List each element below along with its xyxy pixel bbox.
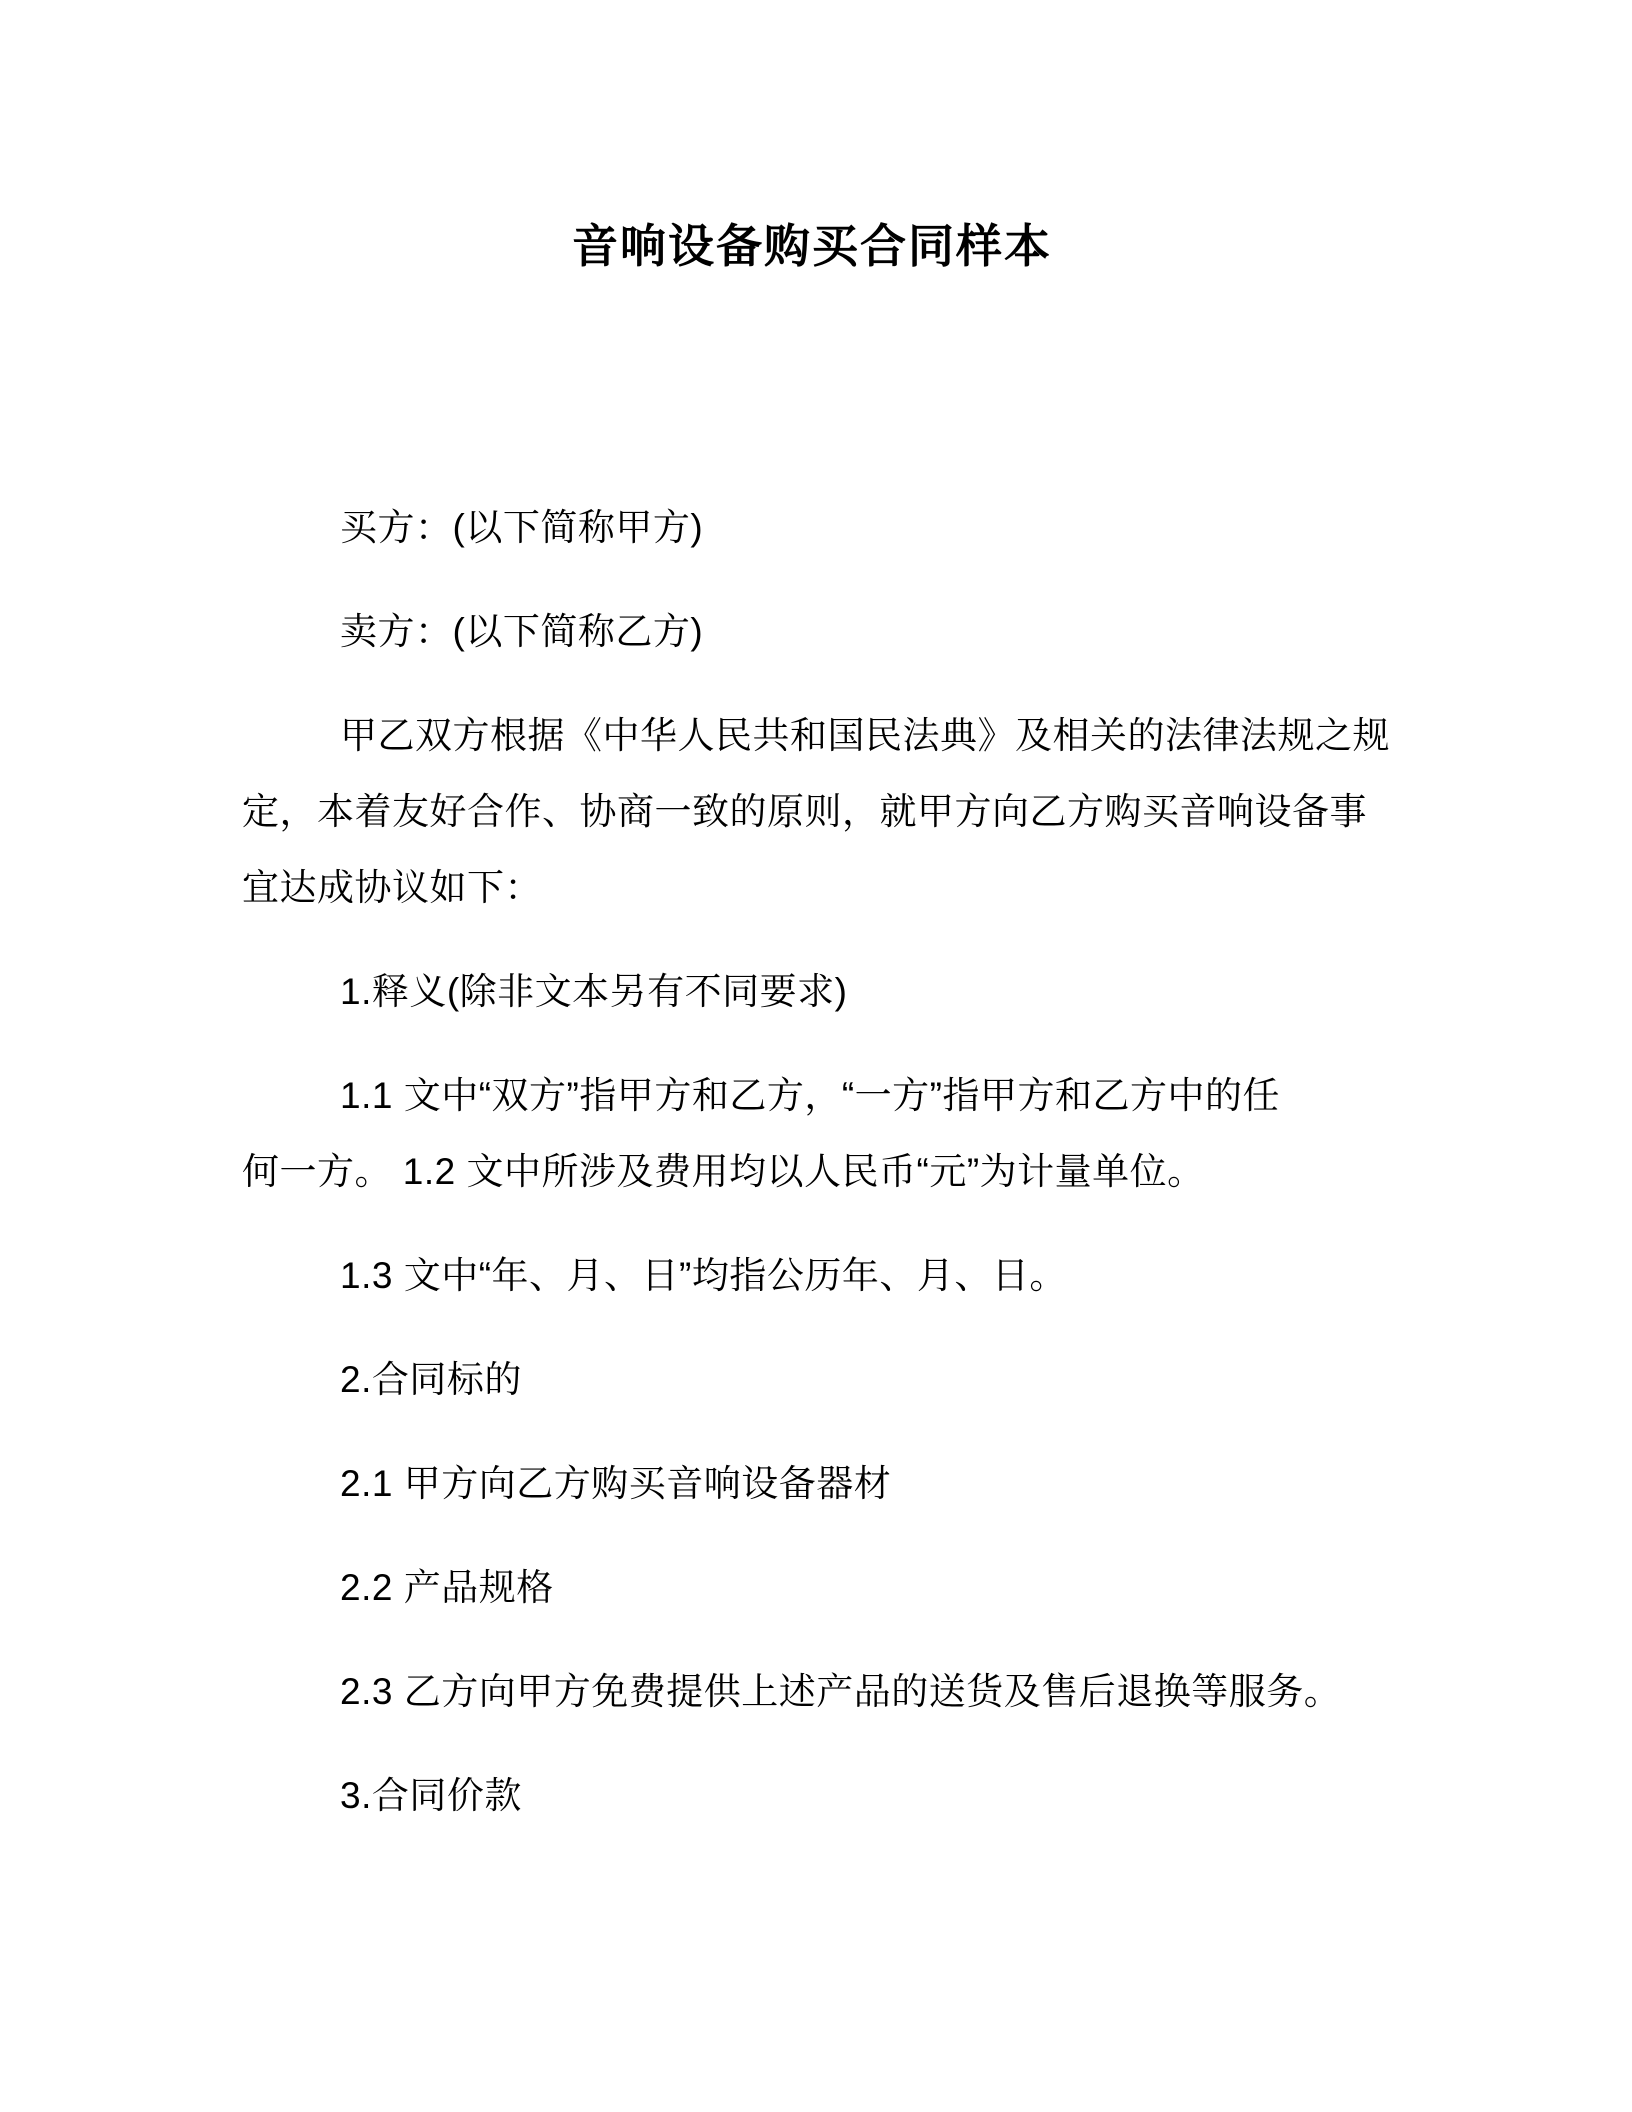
paragraph-line: 何一方。 1.2 文中所涉及费用均以人民币“元”为计量单位。	[242, 1134, 1382, 1210]
paragraph-seller: 卖方：(以下简称乙方)	[242, 594, 1382, 670]
paragraph-line: 1.1 文中“双方”指甲方和乙方，“一方”指甲方和乙方中的任	[242, 1058, 1382, 1134]
paragraph-line: 卖方：(以下简称乙方)	[242, 594, 1382, 670]
document-title: 音响设备购买合同样本	[242, 215, 1382, 277]
paragraph-line: 甲乙双方根据《中华人民共和国民法典》及相关的法律法规之规	[242, 698, 1382, 774]
paragraph-line: 1.3 文中“年、月、日”均指公历年、月、日。	[242, 1238, 1382, 1314]
paragraph-section-1-heading: 1.释义(除非文本另有不同要求)	[242, 954, 1382, 1030]
document-page: 音响设备购买合同样本 买方：(以下简称甲方) 卖方：(以下简称乙方) 甲乙双方根…	[0, 0, 1632, 2112]
paragraph-line: 2.2 产品规格	[242, 1550, 1382, 1626]
paragraph-line: 1.释义(除非文本另有不同要求)	[242, 954, 1382, 1030]
paragraph-line: 2.3 乙方向甲方免费提供上述产品的送货及售后退换等服务。	[242, 1654, 1382, 1730]
document-body: 买方：(以下简称甲方) 卖方：(以下简称乙方) 甲乙双方根据《中华人民共和国民法…	[242, 490, 1382, 1834]
paragraph-clause-2-3: 2.3 乙方向甲方免费提供上述产品的送货及售后退换等服务。	[242, 1654, 1382, 1730]
paragraph-line: 2.1 甲方向乙方购买音响设备器材	[242, 1446, 1382, 1522]
paragraph-line: 3.合同价款	[242, 1758, 1382, 1834]
paragraph-section-2-heading: 2.合同标的	[242, 1342, 1382, 1418]
paragraph-line: 买方：(以下简称甲方)	[242, 490, 1382, 566]
paragraph-preamble: 甲乙双方根据《中华人民共和国民法典》及相关的法律法规之规 定，本着友好合作、协商…	[242, 698, 1382, 926]
paragraph-clause-2-1: 2.1 甲方向乙方购买音响设备器材	[242, 1446, 1382, 1522]
paragraph-line: 2.合同标的	[242, 1342, 1382, 1418]
paragraph-clause-1-1-1-2: 1.1 文中“双方”指甲方和乙方，“一方”指甲方和乙方中的任 何一方。 1.2 …	[242, 1058, 1382, 1210]
paragraph-line: 宜达成协议如下：	[242, 850, 1382, 926]
paragraph-clause-1-3: 1.3 文中“年、月、日”均指公历年、月、日。	[242, 1238, 1382, 1314]
paragraph-line: 定，本着友好合作、协商一致的原则，就甲方向乙方购买音响设备事	[242, 774, 1382, 850]
paragraph-section-3-heading: 3.合同价款	[242, 1758, 1382, 1834]
paragraph-buyer: 买方：(以下简称甲方)	[242, 490, 1382, 566]
paragraph-clause-2-2: 2.2 产品规格	[242, 1550, 1382, 1626]
